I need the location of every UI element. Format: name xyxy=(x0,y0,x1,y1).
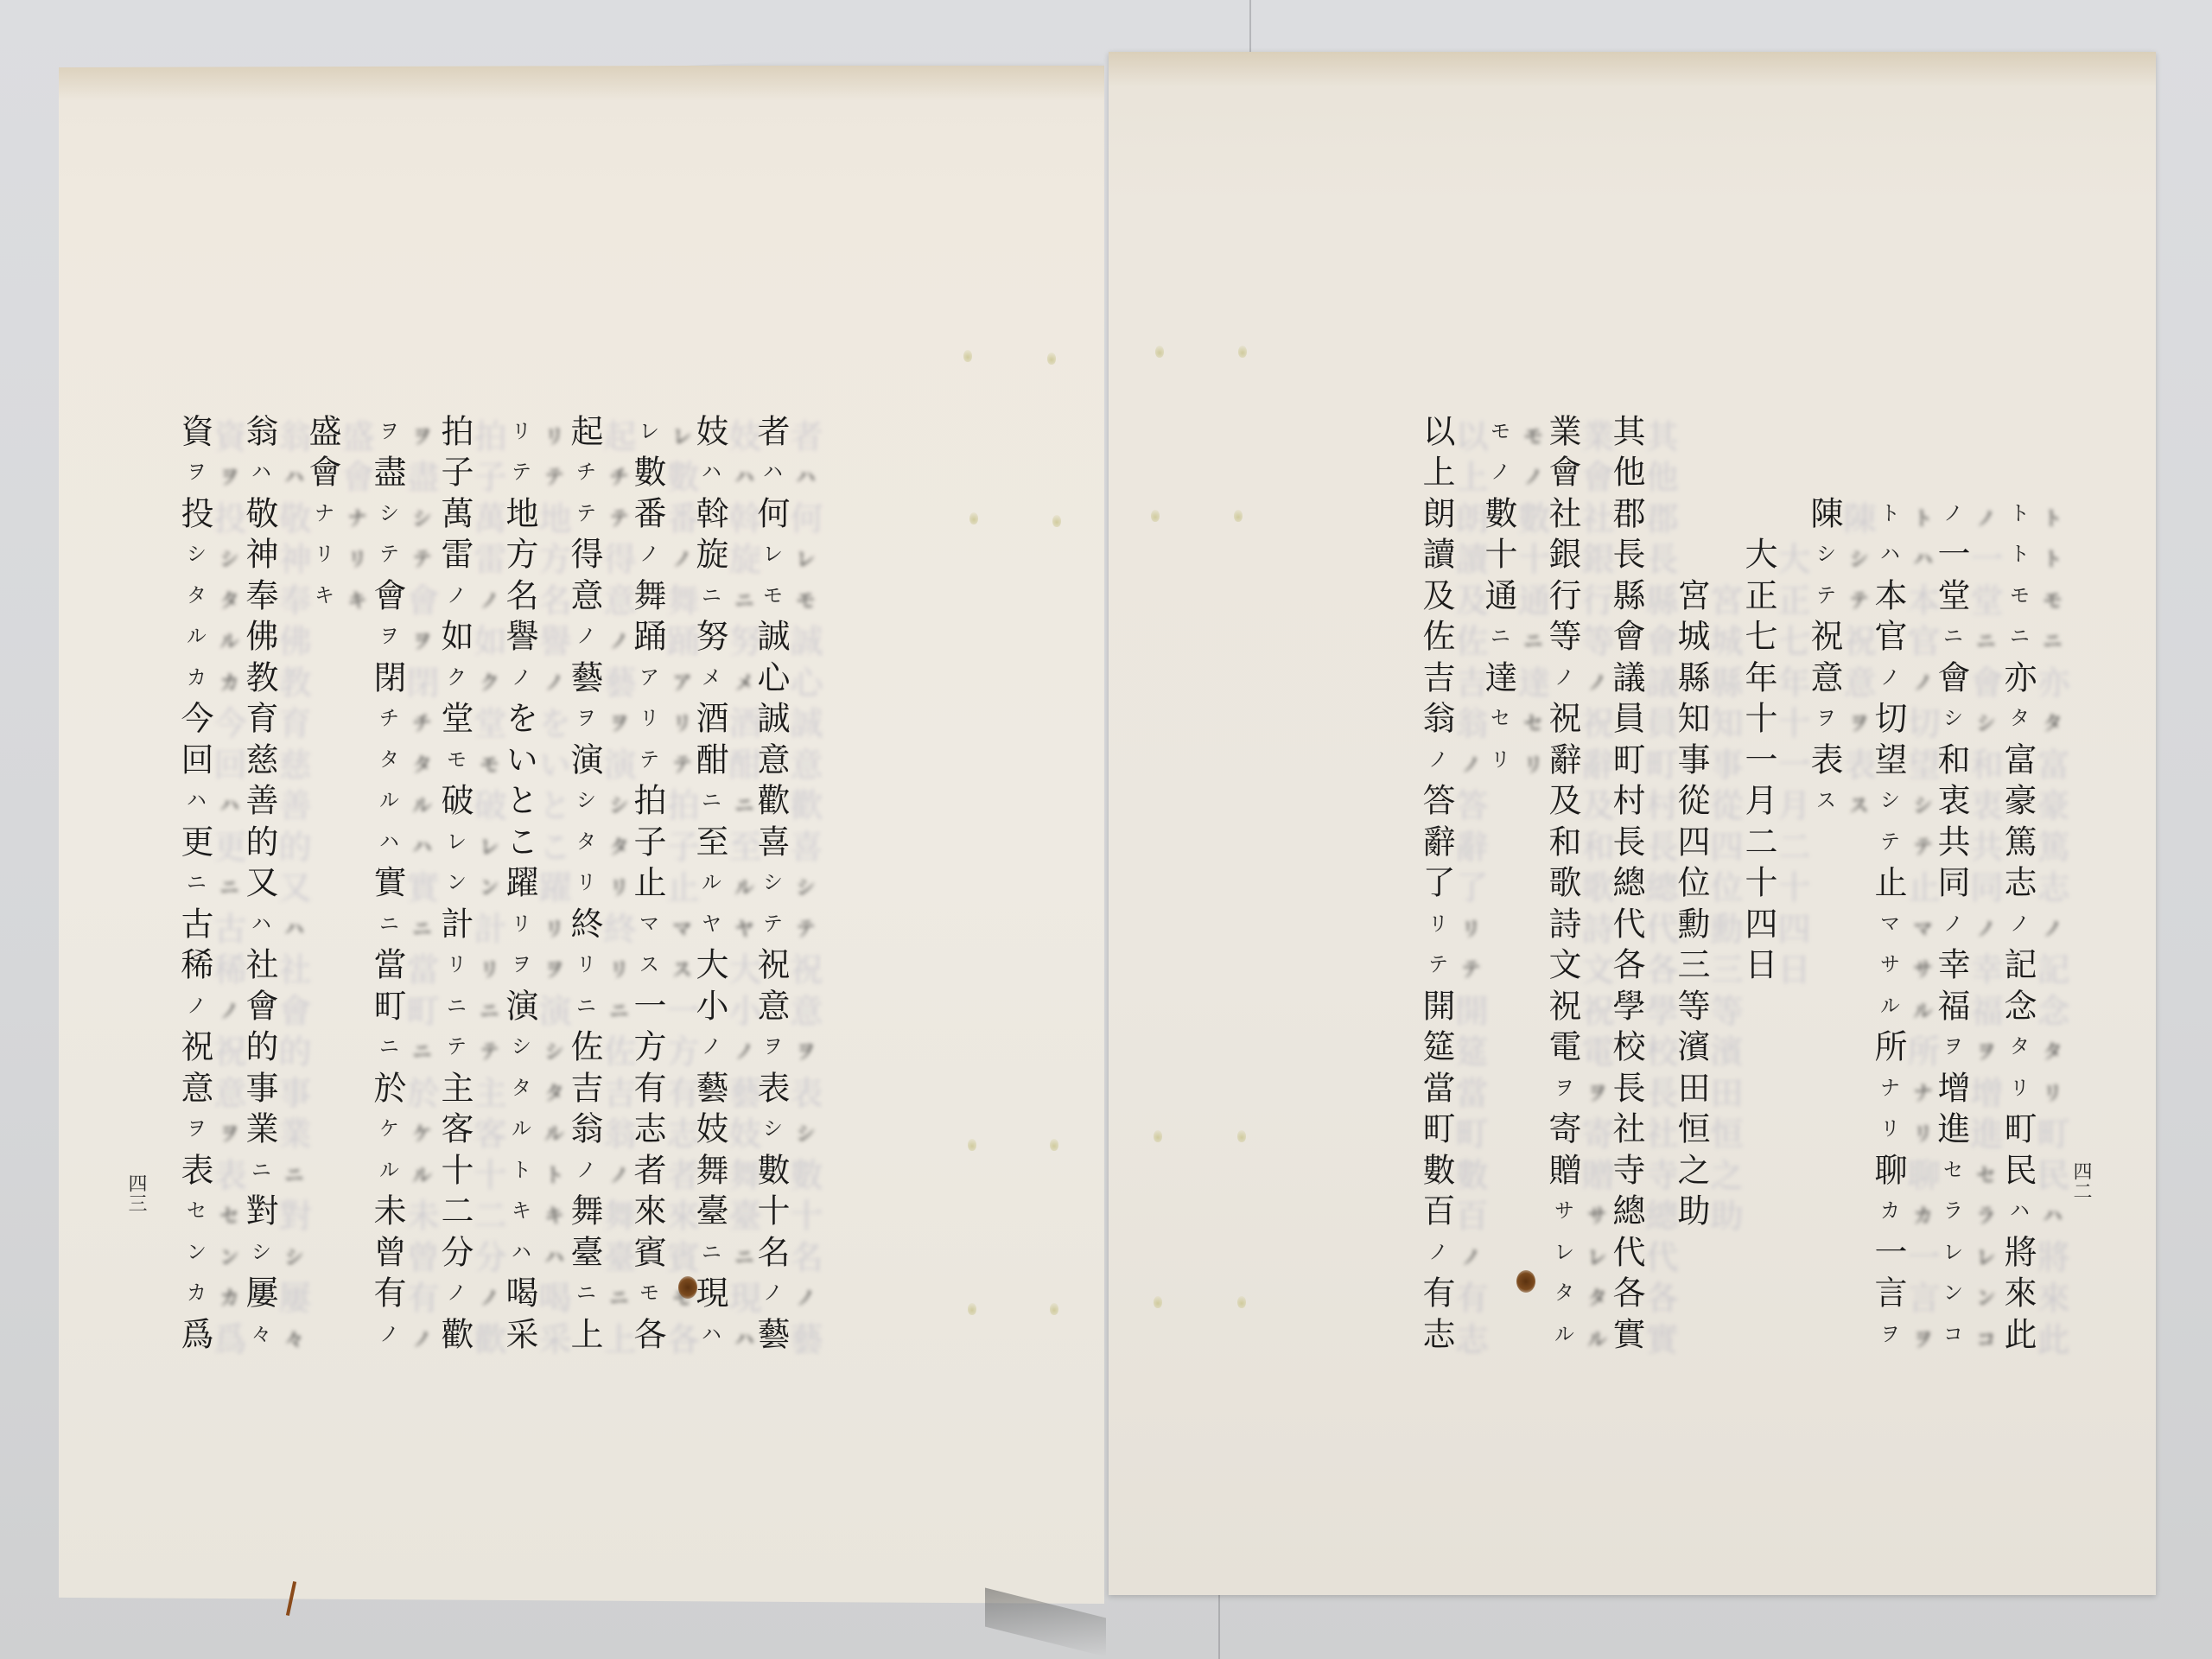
binding-hole xyxy=(1237,1130,1246,1142)
right-text-column: 以上朗讀及佐吉翁ノ答辭了リテ開筵當町數百ノ有志 xyxy=(1420,410,1456,1354)
backdrop-seam-lower xyxy=(1218,1595,1220,1659)
binding-hole xyxy=(1237,1296,1246,1308)
backdrop-seam xyxy=(1249,0,1251,54)
right-text-column: 業會社銀行等ノ祝辭及和歌詩文祝電ヲ寄贈サレタル xyxy=(1546,410,1582,1354)
right-text-column: ノ一堂ニ會シ和衷共同ノ幸福ヲ增進セラレンコ xyxy=(1935,492,1971,1354)
binding-hole xyxy=(963,350,972,362)
binding-hole xyxy=(968,1139,976,1151)
right-bleedthrough-text: トトモニ亦タ富豪篤志ノ記念タリ町民ハ將來此 xyxy=(2034,497,2070,1359)
binding-hole xyxy=(1050,1139,1058,1151)
binding-hole xyxy=(1238,346,1247,358)
right-text-column: トハ本官ノ切望シテ止マサル所ナリ聊カ一言ヲ xyxy=(1872,492,1908,1354)
top-edge-stain xyxy=(1109,52,2156,86)
left-text-column: リテ地方名譽ノをいとこ躍リヲ演シタルトキハ喝采 xyxy=(503,410,539,1354)
top-edge-stain xyxy=(59,66,1104,100)
binding-hole xyxy=(1151,510,1160,522)
right-text-column: トトモニ亦タ富豪篤志ノ記念タリ町民ハ將來此 xyxy=(2001,492,2037,1354)
right-text-column: モノ數十通ニ達セリ xyxy=(1482,410,1518,779)
left-text-column: 盛會ナリキ xyxy=(306,410,342,615)
left-text-column: ヲ盡シテ會ヲ閉チタルハ實ニ當町ニ於ケル未曾有ノ xyxy=(371,410,407,1354)
right-text-column: 陳シテ祝意ヲ表ス xyxy=(1808,492,1844,820)
left-text-column: 者ハ何レモ誠心誠意歡喜シテ祝意ヲ表シ數十名ノ藝 xyxy=(754,410,791,1354)
rust-stain xyxy=(1516,1270,1535,1293)
binding-hole xyxy=(1155,346,1164,358)
binding-hole xyxy=(968,1303,976,1315)
left-text-column: 拍子萬雷ノ如ク堂モ破レン計リニテ主客十二分ノ歡 xyxy=(438,410,474,1354)
left-text-column: レ數番ノ舞踊アリテ拍子止マス一方有志者來賓モ各 xyxy=(631,410,667,1354)
page-number-right: 四二 xyxy=(2071,1161,2090,1201)
page-number-left: 四三 xyxy=(126,1173,145,1213)
right-text-column: 大正七年十一月二十四日 xyxy=(1742,533,1778,985)
left-bleedthrough-text: 者ハ何レモ誠心誠意歡喜シテ祝意ヲ表シ數十名ノ藝 xyxy=(787,415,823,1359)
left-text-column: 翁ハ敬神奉佛教育慈善的又ハ社會的事業ニ對シ屢々 xyxy=(243,410,279,1354)
binding-hole xyxy=(969,512,978,524)
left-text-column: 妓ハ斡旋ニ努メ酒酣ニ至ルヤ大小ノ藝妓舞臺ニ現ハ xyxy=(693,410,729,1354)
binding-hole xyxy=(1154,1296,1162,1308)
rust-stain xyxy=(678,1276,697,1299)
binding-hole xyxy=(1154,1130,1162,1142)
left-text-column: 起チテ得意ノ藝ヲ演シタリ終リニ佐吉翁ノ舞臺ニ上 xyxy=(568,410,604,1354)
right-text-column: 宮城縣知事從四位勳三等濱田恒之助 xyxy=(1675,574,1711,1230)
binding-hole xyxy=(1047,353,1056,365)
binding-hole xyxy=(1050,1303,1058,1315)
left-text-column: 資ヲ投シタルカ今回ハ更ニ古稀ノ祝意ヲ表センカ爲 xyxy=(178,410,214,1354)
binding-hole xyxy=(1052,515,1061,527)
binding-hole xyxy=(1234,510,1243,522)
right-text-column: 其他郡長縣會議員町村長總代各學校長社寺總代各實 xyxy=(1610,410,1646,1354)
